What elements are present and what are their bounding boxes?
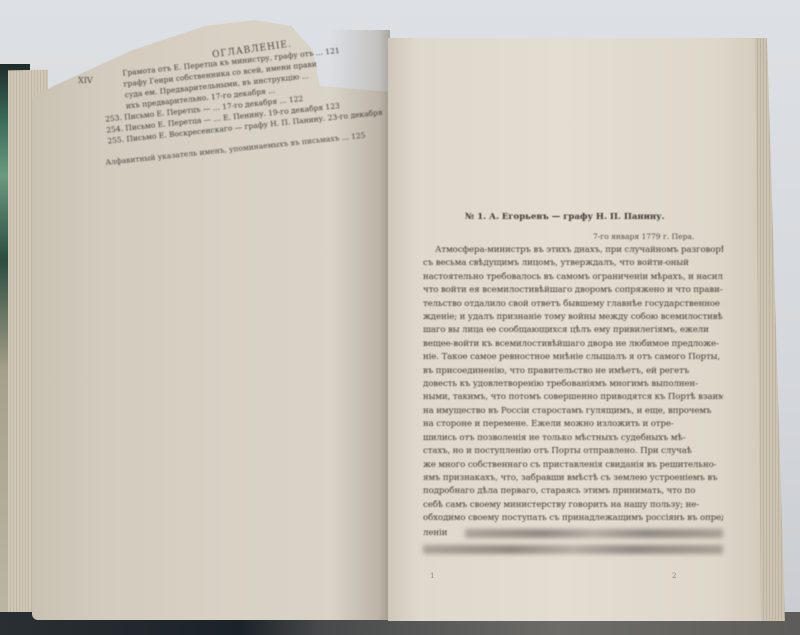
body-line: вещее-войти къ всемилостивѣйшаго двора н… [423, 338, 723, 351]
body-line: на имущество въ Россiи старостамъ гулящи… [423, 405, 723, 418]
body-line: въ присоединенiю, что правительство не и… [423, 365, 723, 378]
body-line: подробнаго дѣла перваго, стараясь этимъ … [423, 485, 723, 498]
body-line: жденiе; и удалъ признанiе тому войны меж… [423, 311, 723, 324]
body-line: шаго вы лица ее сообщающихся цѣлъ ему пр… [423, 324, 723, 337]
letter-dateline: 7-го января 1779 г. Пера. [593, 232, 694, 241]
body-line: нiе. Такое самое ревностное мнѣнiе слыша… [423, 351, 723, 364]
body-line: на стороне и перемене. Ежели можно излож… [423, 418, 723, 431]
letter-heading: № 1. А. Егорьевъ — графу Н. П. Панину. [465, 212, 665, 222]
body-line: съ весьма свѣдущимъ лицомъ, утверждалъ, … [423, 257, 723, 270]
obscured-text [465, 529, 723, 538]
body-line: ямъ признакахъ, что, забравши вмѣстѣ съ … [423, 472, 723, 485]
signature-mark: 2 [672, 572, 676, 580]
body-line: ными, такимъ, что потомъ совершенно прив… [423, 391, 723, 404]
body-line: ленiи [423, 527, 459, 540]
body-line: настоятельно требовалось въ самомъ огран… [423, 271, 723, 284]
body-line: Атмосфера-министръ въ этихъ днахъ, при с… [423, 244, 723, 257]
obscured-text [423, 545, 723, 554]
page-number: XIV [78, 76, 93, 85]
book-photo: ОГЛАВЛЕНIЕ. XIV Грамота отъ Е. Перетца к… [0, 0, 800, 635]
body-line: себѣ самъ своему министерству говорить н… [423, 499, 723, 512]
body-line: довесть къ удовлетворенiю требованiямъ м… [423, 378, 723, 391]
body-line: же много собственнаго съ приставленiя св… [423, 459, 723, 472]
body-line: обходимо своему поступать съ принадлежащ… [423, 512, 723, 525]
signature-mark: 1 [430, 572, 434, 580]
body-line: шились отъ позволенiя не только мѣстныхъ… [423, 432, 723, 445]
body-line: что войти ея всемилостивѣйшаго дворомъ с… [423, 284, 723, 297]
body-line: тельство отдалило свой ответъ бывшему гл… [423, 298, 723, 311]
letter-body: Атмосфера-министръ въ этихъ днахъ, при с… [423, 244, 723, 558]
body-line: стахъ, но и поступленiю отъ Порты отправ… [423, 445, 723, 458]
